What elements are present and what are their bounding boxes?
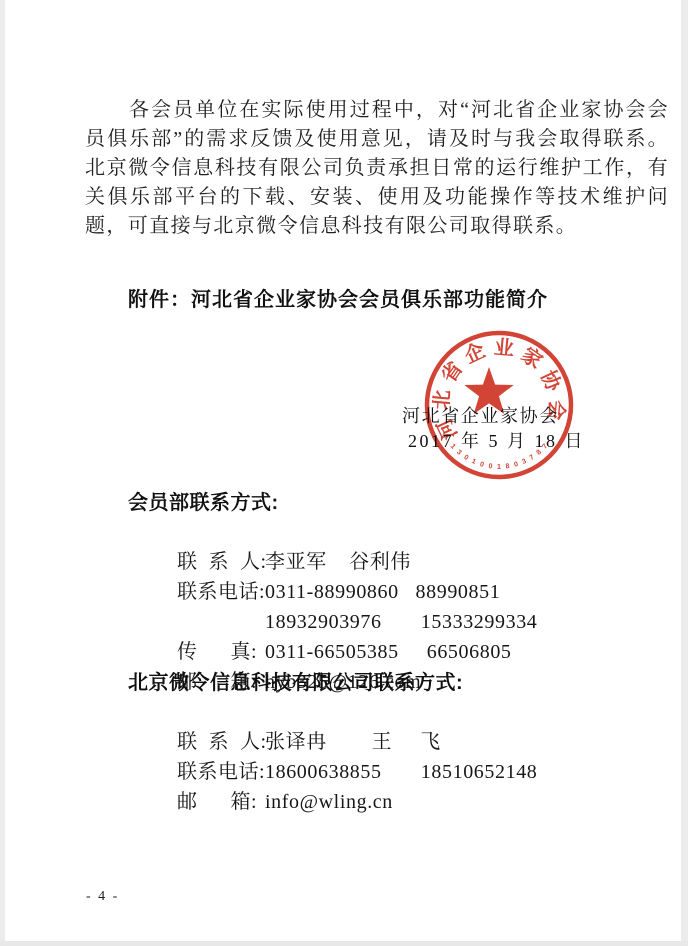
contact-row-label: 联系电话: [177, 758, 265, 786]
signature-date: 2017 年 5 月 18 日 [408, 427, 585, 453]
attachment-line: 附件：河北省企业家协会会员俱乐部功能简介 [128, 283, 548, 312]
seal-code-digit: 3 [521, 458, 528, 466]
seal-code-digit: 1 [497, 464, 501, 471]
contact-section-header: 北京微令信息科技有限公司联系方式: [128, 670, 537, 700]
document-page: 各会员单位在实际使用过程中，对“河北省企业家协会会员俱乐部”的需求反馈及使用意见… [0, 0, 688, 946]
contact-row-label: 传 真: [177, 638, 265, 666]
contact-row-value: 18932903976 15333299334 [265, 611, 537, 633]
seal-code-digit: 0 [488, 463, 493, 470]
signature-org: 河北省企业家协会 [402, 402, 559, 428]
contact-row-value: 张译冉 王 飞 [265, 731, 441, 753]
contact-row-label: 联 系 人: [177, 728, 265, 756]
seal-code-digit: 7 [529, 454, 536, 462]
contact-row-value: info@wling.cn [265, 791, 393, 813]
contact-row-label: 邮 箱: [177, 788, 265, 816]
page-number: - 4 - [86, 889, 119, 905]
contact-row-value: 李亚军 谷利伟 [265, 551, 411, 573]
seal-code-digit: 8 [505, 463, 510, 470]
seal-ring-char: 业 [493, 336, 515, 361]
page-edge-right [681, 0, 688, 946]
contact-section-header: 会员部联系方式: [128, 490, 537, 520]
contact-row-label: 联系电话: [177, 578, 265, 606]
contact-row: 联 系 人:李亚军 谷利伟 [128, 520, 537, 550]
seal-code-digit: 0 [513, 461, 519, 469]
contact-row: 联 系 人:张译冉 王 飞 [128, 700, 537, 730]
body-paragraph: 各会员单位在实际使用过程中，对“河北省企业家协会会员俱乐部”的需求反馈及使用意见… [85, 96, 669, 241]
contact-row-label: 联 系 人: [177, 548, 265, 576]
seal-code-digit: 0 [479, 461, 485, 469]
contact-row-value: 18600638855 18510652148 [265, 761, 537, 783]
contact-row-value: 0311-88990860 88990851 [265, 581, 500, 603]
seal-code-digit: 1 [470, 458, 477, 466]
page-edge-left [0, 0, 5, 946]
page-edge-bottom [0, 941, 688, 946]
contact-sections: 会员部联系方式: 联 系 人:李亚军 谷利伟 联系电话:0311-8899086… [128, 490, 537, 790]
contact-row-value: 0311-66505385 66506805 [265, 641, 512, 663]
seal-code-digit: 0 [462, 454, 469, 462]
